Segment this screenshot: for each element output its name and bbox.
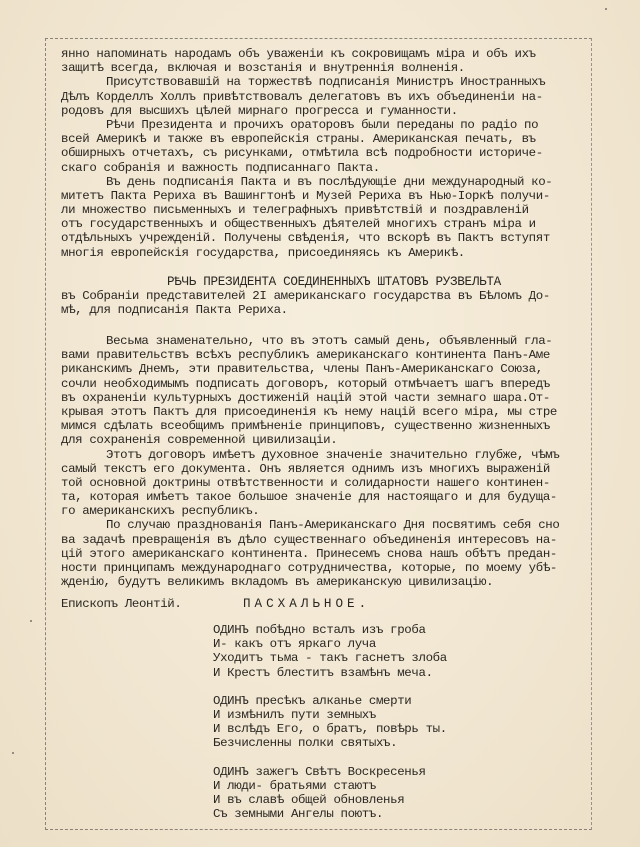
poem-line: И люди- братьями стаютъ — [213, 779, 447, 793]
speech-title: РѢЧЬ ПРЕЗИДЕНТА СОЕДИНЕННЫХЪ ШТАТОВЪ РУЗ… — [167, 275, 501, 289]
text-line: цій этого американскаго континента. Прин… — [61, 547, 591, 561]
text-line: обширныхъ отчетахъ, съ рисунками, отмѣти… — [61, 146, 591, 160]
poem-line: Безчисленны полки святыхъ. — [213, 736, 447, 750]
text-line: отдѣльныхъ учрежденій. Получены свѣденія… — [61, 231, 591, 245]
poem-line: И въ славѣ общей обновленья — [213, 793, 447, 807]
text-line: мимся сдѣлать всеобщимъ примѣненіе принц… — [61, 419, 591, 433]
text-line: та, которая имѣетъ такое большое значені… — [61, 490, 591, 504]
text-line: жденію, будутъ великимъ вкладомъ въ амер… — [61, 575, 591, 589]
poem-title: ПАСХАЛЬНОЕ. — [243, 597, 370, 611]
text-line: риканскимъ Днемъ, эти правительства, чле… — [61, 362, 591, 376]
text-line: ва задачѣ превращенія въ дѣло существенн… — [61, 533, 591, 547]
poem-stanza: ОДИНЪ зажегъ Свѣтъ ВоскресеньяИ люди- бр… — [213, 765, 447, 822]
text-line: Весьма знаменательно, что въ этотъ самый… — [61, 334, 591, 348]
text-line: ности принципамъ международнаго сотрудни… — [61, 561, 591, 575]
text-line: въ охраненіи культурныхъ достиженій наці… — [61, 391, 591, 405]
poem-line: ОДИНЪ зажегъ Свѣтъ Воскресенья — [213, 765, 447, 779]
poem-line: И- какъ отъ яркаго луча — [213, 637, 447, 651]
poem-line: ОДИНЪ пресѣкъ алканье смерти — [213, 694, 447, 708]
text-line: Дѣлъ Корделлъ Холлъ привѣтствовалъ делег… — [61, 90, 591, 104]
paper-speck — [605, 8, 607, 10]
text-line: По случаю празднованія Панъ-Американскаг… — [61, 518, 591, 532]
subtitle-line: въ Собраніи представителей 2I американск… — [61, 289, 591, 303]
text-line: янно напоминать народамъ объ уваженіи къ… — [61, 47, 591, 61]
poem-line: ОДИНЪ побѣдно всталъ изъ гроба — [213, 623, 447, 637]
text-line: Этотъ договоръ имѣетъ духовное значеніе … — [61, 448, 591, 462]
poem-line: И вслѣдъ Его, о братъ, повѣрь ты. — [213, 722, 447, 736]
text-line: митетъ Пакта Рериха въ Вашингтонѣ и Музе… — [61, 189, 591, 203]
poem-line: И Крестъ блеститъ взамѣнъ меча. — [213, 666, 447, 680]
poem-line: И измѣнилъ пути земныхъ — [213, 708, 447, 722]
poem-stanza: ОДИНЪ побѣдно всталъ изъ гробаИ- какъ от… — [213, 623, 447, 680]
poem-stanza: ОДИНЪ пресѣкъ алканье смертиИ измѣнилъ п… — [213, 694, 447, 751]
text-line: ли множество письменныхъ и телеграфныхъ … — [61, 203, 591, 217]
speech-text: Весьма знаменательно, что въ этотъ самый… — [61, 334, 591, 589]
text-line: го американскихъ республикъ. — [61, 504, 591, 518]
text-line: для сохраненія современной цивилизаціи. — [61, 433, 591, 447]
text-line: сочли необходимымъ подписать договоръ, к… — [61, 377, 591, 391]
poem-line: Уходитъ тьма - такъ гаснетъ злоба — [213, 651, 447, 665]
poem-body: ОДИНЪ побѣдно всталъ изъ гробаИ- какъ от… — [213, 623, 447, 835]
text-line: Рѣчи Президента и прочихъ ораторовъ были… — [61, 118, 591, 132]
poem-line: Съ земными Ангелы поютъ. — [213, 807, 447, 821]
text-line: защитѣ всегда, включая и возстанія и вну… — [61, 61, 591, 75]
text-line: той основной доктрины отвѣтственности и … — [61, 476, 591, 490]
text-line: родовъ для высшихъ цѣлей мирнаго прогрес… — [61, 104, 591, 118]
text-line: всей Америкѣ и также въ европейскія стра… — [61, 132, 591, 146]
text-line: многія европейскія государства, присоеди… — [61, 246, 591, 260]
text-line: Присутствовавшій на торжествѣ подписанія… — [61, 75, 591, 89]
paper-speck — [30, 620, 32, 622]
text-line: самый текстъ его документа. Онъ является… — [61, 462, 591, 476]
intro-text: янно напоминать народамъ объ уваженіи къ… — [61, 47, 591, 260]
text-line: Въ день подписанія Пакта и въ послѣдующі… — [61, 175, 591, 189]
text-line: отъ государственныхъ и общественныхъ дѣя… — [61, 217, 591, 231]
paper-speck — [12, 752, 14, 754]
subtitle-line: мѣ, для подписанія Пакта Рериха. — [61, 303, 591, 317]
poem-author: Епископъ Леонтій. — [61, 597, 181, 611]
text-line: вами правительствъ всѣхъ республикъ амер… — [61, 348, 591, 362]
speech-subtitle: въ Собраніи представителей 2I американск… — [61, 289, 591, 317]
text-line: скаго собранія и важность подписаннаго П… — [61, 161, 591, 175]
text-line: крывая этотъ Пактъ для присоединенія къ … — [61, 405, 591, 419]
